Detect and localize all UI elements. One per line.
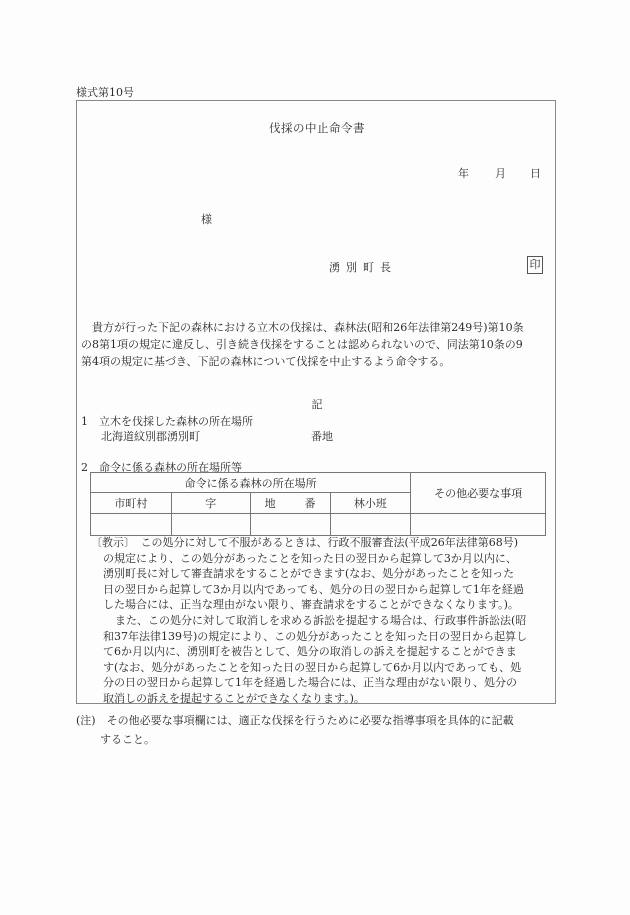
notice-line: の規定により、この処分があったことを知った日の翌日から起算して3か月以内に、 bbox=[91, 551, 547, 567]
date-month-label: 月 bbox=[495, 165, 506, 181]
document-title: 伐採の中止命令書 bbox=[77, 120, 557, 136]
order-document-box: 伐採の中止命令書 年 月 日 様 湧別町長 印 貴方が行った下記の森林における立… bbox=[76, 100, 556, 704]
table-group-header: 命令に係る森林の所在場所 bbox=[91, 473, 411, 493]
notice-line: した場合には、正当な理由がない限り、審査請求をすることができなくなります。)。 bbox=[91, 597, 547, 613]
footnote: (注) その他必要な事項欄には、適正な伐採を行うために必要な指導事項を具体的に記… bbox=[76, 711, 556, 749]
seal-mark: 印 bbox=[527, 256, 543, 274]
body-line: 貴方が行った下記の森林における立木の伐採は、森林法(昭和26年法律第249号)第… bbox=[81, 319, 551, 336]
notice-line: 日の翌日から起算して3か月以内であっても、処分の日の翌日から起算して1年を経過 bbox=[91, 582, 547, 598]
notice-line: 取消しの訴えを提起することができなくなります。)。 bbox=[91, 691, 547, 707]
item1-banchi: 番地 bbox=[311, 428, 333, 444]
notice-line: 〔教示〕 この処分に対して不服があるときは、行政不服審査法(平成26年法律第68… bbox=[91, 535, 547, 551]
date-year-label: 年 bbox=[458, 165, 469, 181]
date-day-label: 日 bbox=[530, 165, 541, 181]
column-header-chiban: 地 番 bbox=[250, 493, 330, 514]
table-row bbox=[91, 514, 546, 536]
column-header-municipality: 市町村 bbox=[91, 493, 172, 514]
location-table: 命令に係る森林の所在場所 その他必要な事項 市町村 字 地 番 林小班 bbox=[90, 472, 546, 536]
table-other-header: その他必要な事項 bbox=[411, 473, 546, 514]
notice-line: 湧別町長に対して審査請求をすることができます(なお、処分があったことを知った bbox=[91, 566, 547, 582]
issuer-name: 湧別町長 bbox=[329, 259, 397, 275]
cell-aza[interactable] bbox=[171, 514, 250, 536]
form-number: 様式第10号 bbox=[76, 84, 134, 100]
cell-municipality[interactable] bbox=[91, 514, 172, 536]
body-line: の8第1項の規定に違反し、引き続き伐採をすることは認められないので、同法第10条… bbox=[81, 336, 551, 353]
cell-chiban[interactable] bbox=[250, 514, 330, 536]
order-body: 貴方が行った下記の森林における立木の伐採は、森林法(昭和26年法律第249号)第… bbox=[81, 319, 551, 370]
column-header-aza: 字 bbox=[171, 493, 250, 514]
cell-other[interactable] bbox=[411, 514, 546, 536]
footnote-line: すること。 bbox=[76, 730, 556, 749]
addressee-suffix: 様 bbox=[201, 211, 212, 227]
notice-line: す(なお、処分があったことを知った日の翌日から起算して6か月以内であっても、処 bbox=[91, 660, 547, 676]
cell-rinshohan[interactable] bbox=[330, 514, 411, 536]
item1-label: 1 立木を伐採した森林の所在場所 bbox=[81, 413, 253, 429]
notice-line: 和37年法律139号)の規定により、この処分があったことを知った日の翌日から起算… bbox=[91, 629, 547, 645]
item1-address: 北海道紋別郡湧別町 bbox=[101, 428, 200, 444]
body-line: 第4項の規定に基づき、下記の森林について伐採を中止するよう命令する。 bbox=[81, 353, 551, 370]
column-header-rinshohan: 林小班 bbox=[330, 493, 411, 514]
ki-heading: 記 bbox=[77, 396, 557, 412]
footnote-line: (注) その他必要な事項欄には、適正な伐採を行うために必要な指導事項を具体的に記… bbox=[76, 711, 556, 730]
notice-line: て6か月以内に、湧別町を被告として、処分の取消しの訴えを提起することができま bbox=[91, 644, 547, 660]
notice-line: 分の日の翌日から起算して1年を経過した場合には、正当な理由がない限り、処分の bbox=[91, 675, 547, 691]
appeal-notice: 〔教示〕 この処分に対して不服があるときは、行政不服審査法(平成26年法律第68… bbox=[91, 535, 547, 707]
notice-line: また、この処分に対して取消しを求める訴訟を提起する場合は、行政事件訴訟法(昭 bbox=[91, 613, 547, 629]
